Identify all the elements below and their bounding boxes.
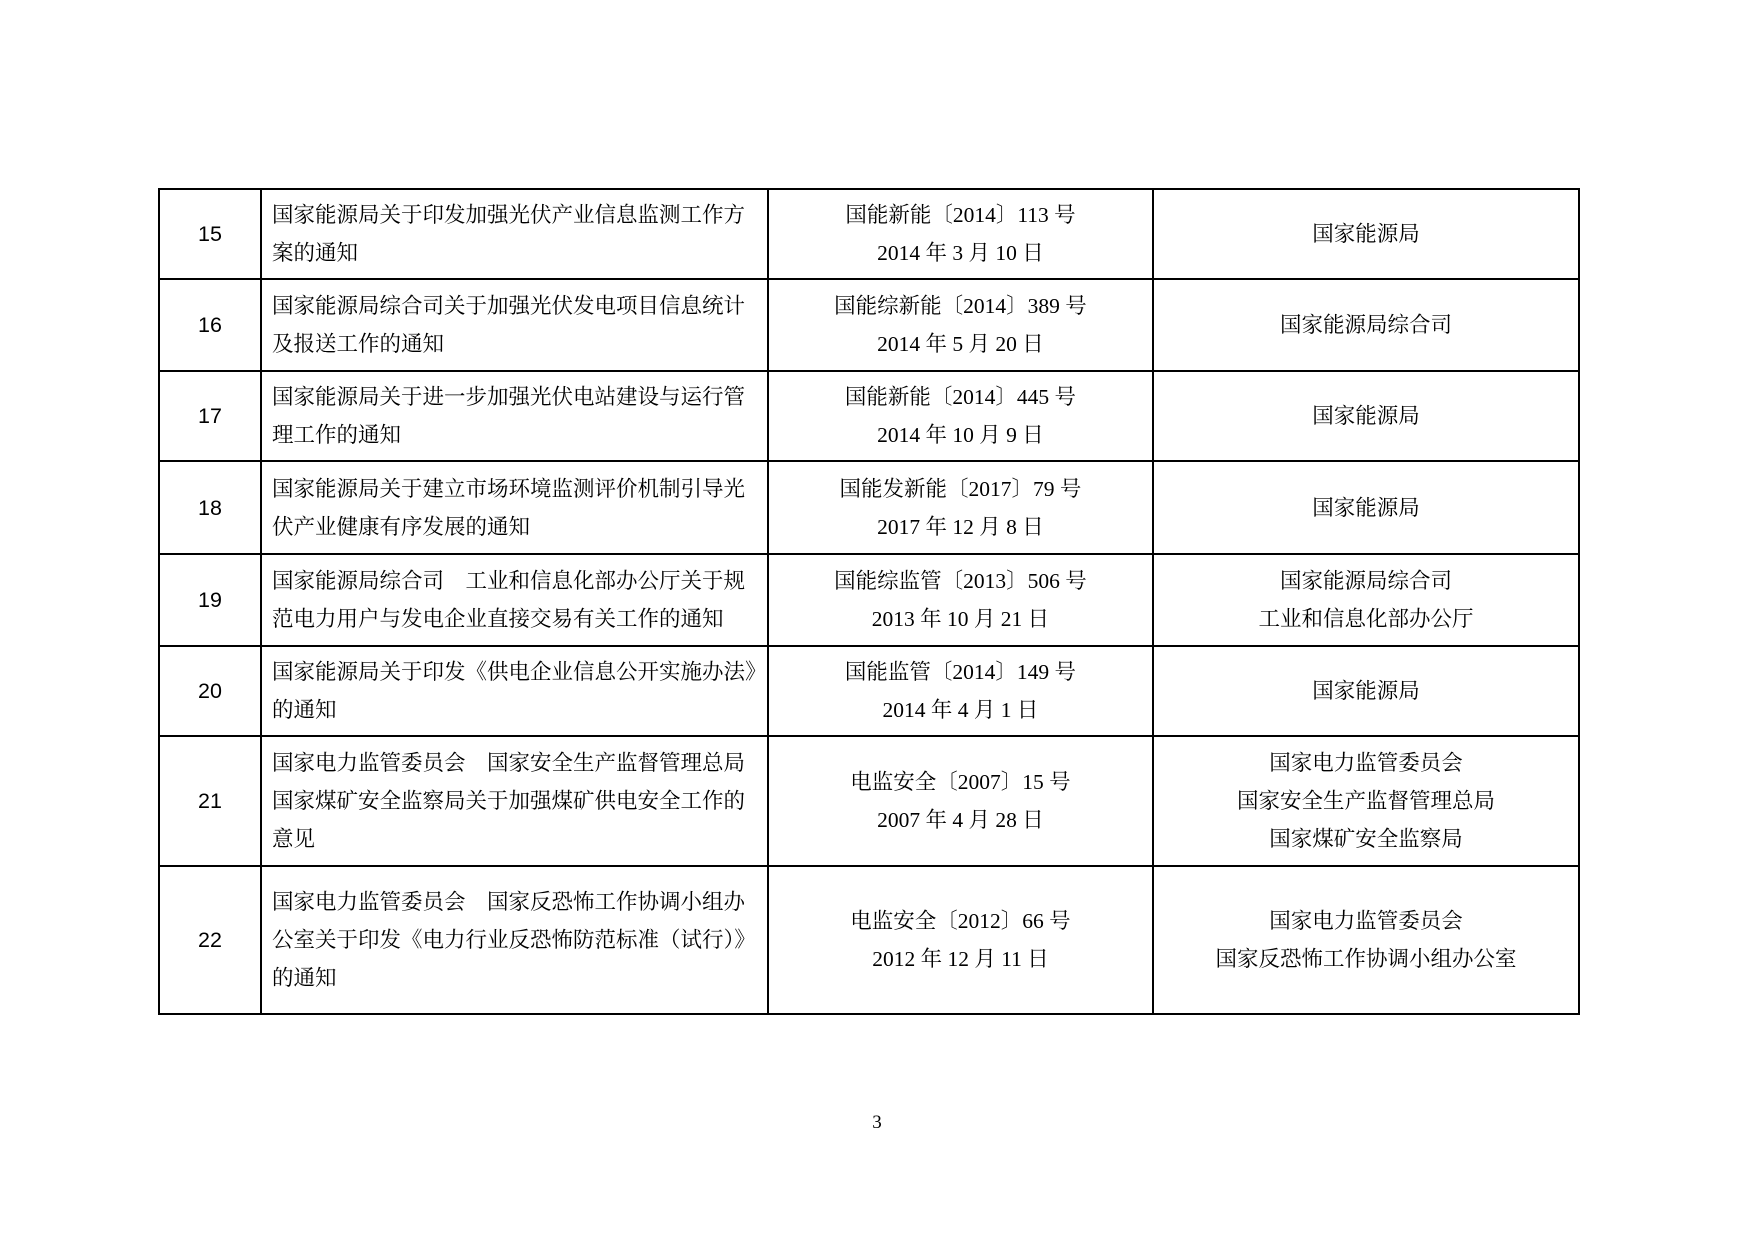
- issuer-line: 工业和信息化部办公厅: [1160, 600, 1572, 638]
- doc-number-date: 电监安全〔2012〕66 号 2012 年 12 月 11 日: [768, 866, 1153, 1014]
- table-row: 22 国家电力监管委员会 国家反恐怖工作协调小组办公室关于印发《电力行业反恐怖防…: [159, 866, 1579, 1014]
- document-page: 15 国家能源局关于印发加强光伏产业信息监测工作方案的通知 国能新能〔2014〕…: [0, 0, 1754, 1240]
- policy-title: 国家能源局关于印发《供电企业信息公开实施办法》的通知: [261, 646, 768, 736]
- table-row: 18 国家能源局关于建立市场环境监测评价机制引导光伏产业健康有序发展的通知 国能…: [159, 461, 1579, 554]
- doc-number-date: 电监安全〔2007〕15 号 2007 年 4 月 28 日: [768, 736, 1153, 866]
- row-number: 15: [159, 189, 261, 279]
- policy-title: 国家能源局关于进一步加强光伏电站建设与运行管理工作的通知: [261, 371, 768, 461]
- policy-title: 国家能源局综合司 工业和信息化部办公厅关于规范电力用户与发电企业直接交易有关工作…: [261, 554, 768, 646]
- issuing-authority: 国家能源局: [1153, 189, 1579, 279]
- table-row: 21 国家电力监管委员会 国家安全生产监督管理总局国家煤矿安全监察局关于加强煤矿…: [159, 736, 1579, 866]
- doc-number-date: 国能新能〔2014〕445 号 2014 年 10 月 9 日: [768, 371, 1153, 461]
- row-number: 20: [159, 646, 261, 736]
- table-row: 19 国家能源局综合司 工业和信息化部办公厅关于规范电力用户与发电企业直接交易有…: [159, 554, 1579, 646]
- doc-number-date: 国能发新能〔2017〕79 号 2017 年 12 月 8 日: [768, 461, 1153, 554]
- policy-title: 国家电力监管委员会 国家反恐怖工作协调小组办公室关于印发《电力行业反恐怖防范标准…: [261, 866, 768, 1014]
- doc-number: 国能新能〔2014〕445 号: [775, 378, 1146, 416]
- table-row: 16 国家能源局综合司关于加强光伏发电项目信息统计及报送工作的通知 国能综新能〔…: [159, 279, 1579, 371]
- row-number: 18: [159, 461, 261, 554]
- table-row: 17 国家能源局关于进一步加强光伏电站建设与运行管理工作的通知 国能新能〔201…: [159, 371, 1579, 461]
- table-row: 15 国家能源局关于印发加强光伏产业信息监测工作方案的通知 国能新能〔2014〕…: [159, 189, 1579, 279]
- issuer-line: 国家能源局综合司: [1160, 306, 1572, 344]
- issuing-authority: 国家电力监管委员会 国家反恐怖工作协调小组办公室: [1153, 866, 1579, 1014]
- doc-number: 国能发新能〔2017〕79 号: [775, 470, 1146, 508]
- doc-date: 2017 年 12 月 8 日: [775, 508, 1146, 546]
- issuing-authority: 国家能源局综合司: [1153, 279, 1579, 371]
- doc-number: 国能综新能〔2014〕389 号: [775, 287, 1146, 325]
- doc-number-date: 国能综监管〔2013〕506 号 2013 年 10 月 21 日: [768, 554, 1153, 646]
- row-number: 19: [159, 554, 261, 646]
- issuing-authority: 国家能源局综合司 工业和信息化部办公厅: [1153, 554, 1579, 646]
- row-number: 22: [159, 866, 261, 1014]
- issuing-authority: 国家能源局: [1153, 371, 1579, 461]
- issuer-line: 国家能源局: [1160, 672, 1572, 710]
- row-number: 17: [159, 371, 261, 461]
- doc-number: 电监安全〔2012〕66 号: [775, 902, 1146, 940]
- doc-date: 2014 年 10 月 9 日: [775, 416, 1146, 454]
- issuer-line: 国家能源局: [1160, 397, 1572, 435]
- issuer-line: 国家反恐怖工作协调小组办公室: [1160, 940, 1572, 978]
- policy-title: 国家能源局关于印发加强光伏产业信息监测工作方案的通知: [261, 189, 768, 279]
- doc-date: 2007 年 4 月 28 日: [775, 801, 1146, 839]
- issuing-authority: 国家能源局: [1153, 461, 1579, 554]
- doc-number: 国能监管〔2014〕149 号: [775, 653, 1146, 691]
- table-row: 20 国家能源局关于印发《供电企业信息公开实施办法》的通知 国能监管〔2014〕…: [159, 646, 1579, 736]
- doc-number-date: 国能综新能〔2014〕389 号 2014 年 5 月 20 日: [768, 279, 1153, 371]
- doc-date: 2013 年 10 月 21 日: [775, 600, 1146, 638]
- page-number: 3: [0, 1112, 1754, 1134]
- doc-date: 2014 年 3 月 10 日: [775, 234, 1146, 272]
- issuer-line: 国家能源局: [1160, 489, 1572, 527]
- issuing-authority: 国家能源局: [1153, 646, 1579, 736]
- doc-number-date: 国能监管〔2014〕149 号 2014 年 4 月 1 日: [768, 646, 1153, 736]
- issuer-line: 国家电力监管委员会: [1160, 902, 1572, 940]
- policy-title: 国家电力监管委员会 国家安全生产监督管理总局国家煤矿安全监察局关于加强煤矿供电安…: [261, 736, 768, 866]
- doc-date: 2012 年 12 月 11 日: [775, 940, 1146, 978]
- policy-table: 15 国家能源局关于印发加强光伏产业信息监测工作方案的通知 国能新能〔2014〕…: [158, 188, 1580, 1015]
- policy-title: 国家能源局综合司关于加强光伏发电项目信息统计及报送工作的通知: [261, 279, 768, 371]
- policy-title: 国家能源局关于建立市场环境监测评价机制引导光伏产业健康有序发展的通知: [261, 461, 768, 554]
- issuer-line: 国家煤矿安全监察局: [1160, 820, 1572, 858]
- issuing-authority: 国家电力监管委员会 国家安全生产监督管理总局 国家煤矿安全监察局: [1153, 736, 1579, 866]
- doc-date: 2014 年 4 月 1 日: [775, 691, 1146, 729]
- issuer-line: 国家能源局: [1160, 215, 1572, 253]
- issuer-line: 国家安全生产监督管理总局: [1160, 782, 1572, 820]
- row-number: 21: [159, 736, 261, 866]
- doc-number: 国能新能〔2014〕113 号: [775, 196, 1146, 234]
- doc-number-date: 国能新能〔2014〕113 号 2014 年 3 月 10 日: [768, 189, 1153, 279]
- issuer-line: 国家能源局综合司: [1160, 562, 1572, 600]
- doc-number: 国能综监管〔2013〕506 号: [775, 562, 1146, 600]
- row-number: 16: [159, 279, 261, 371]
- doc-number: 电监安全〔2007〕15 号: [775, 763, 1146, 801]
- issuer-line: 国家电力监管委员会: [1160, 744, 1572, 782]
- doc-date: 2014 年 5 月 20 日: [775, 325, 1146, 363]
